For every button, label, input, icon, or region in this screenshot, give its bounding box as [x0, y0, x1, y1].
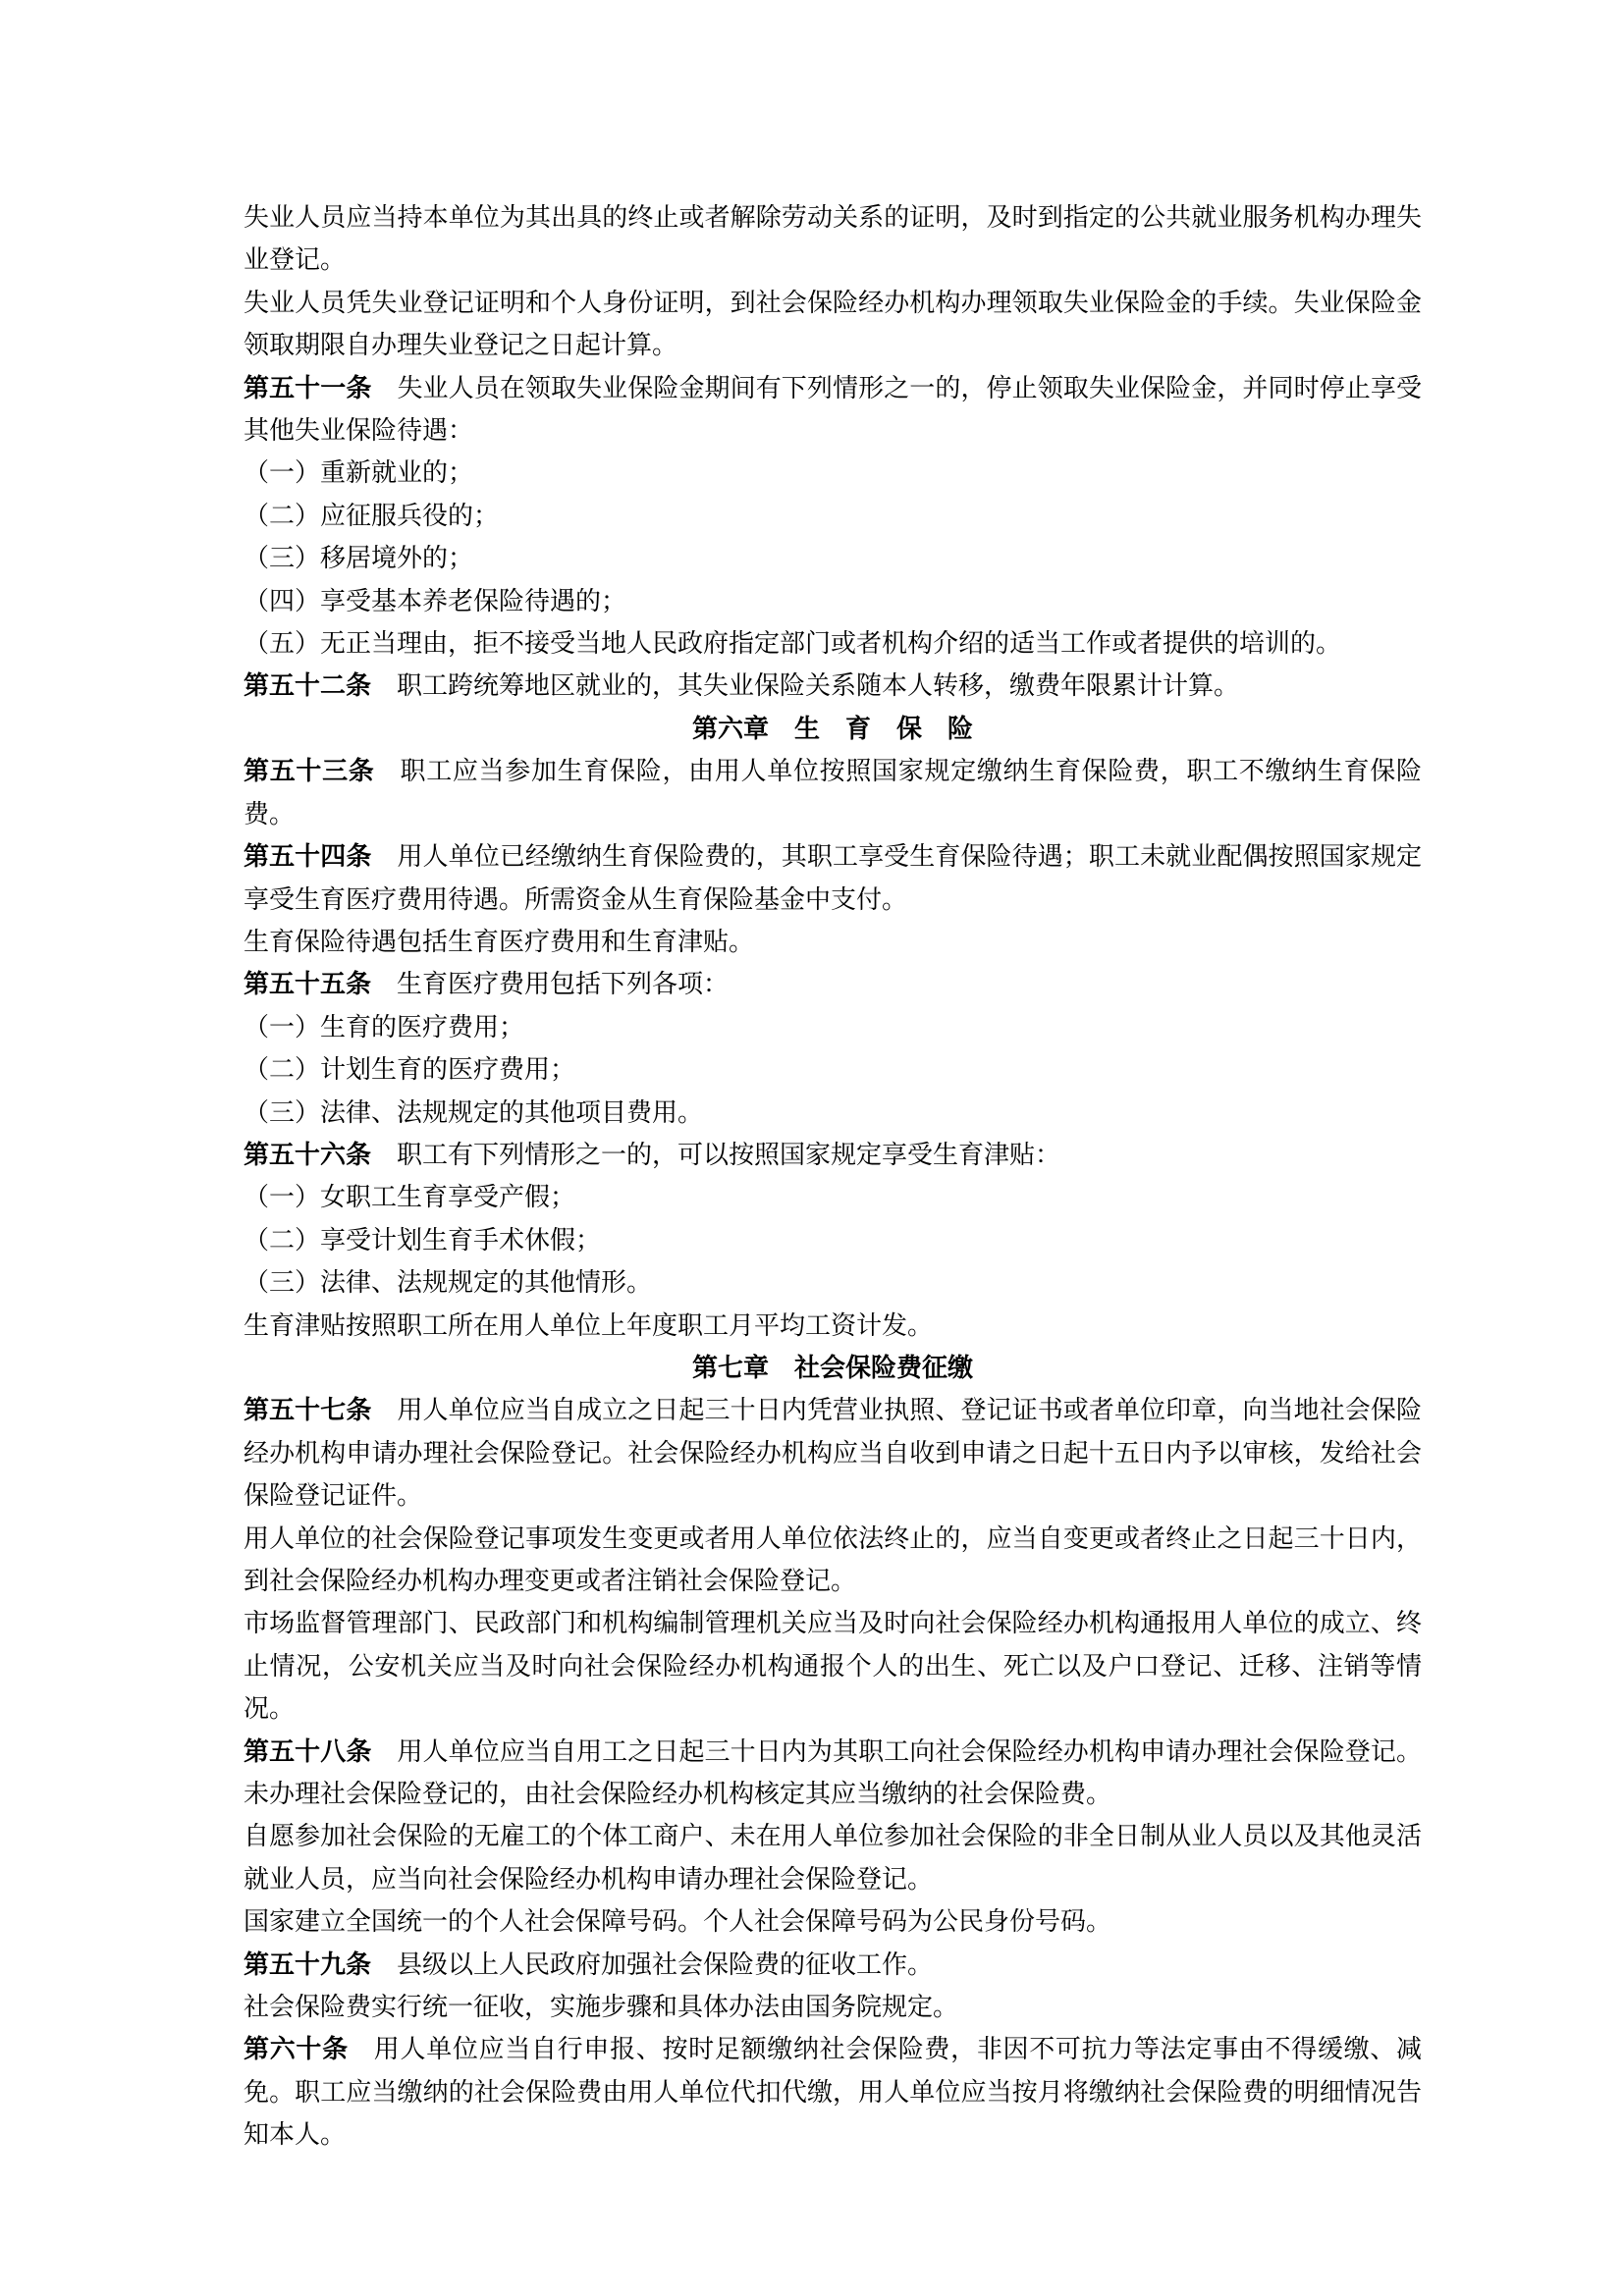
chapter-title: 生 育 保 险: [794, 715, 973, 743]
paragraph-text: 用人单位的社会保险登记事项发生变更或者用人单位依法终止的，应当自变更或者终止之日…: [244, 1524, 1422, 1595]
paragraph-text: 职工应当参加生育保险，由用人单位按照国家规定缴纳生育保险费，职工不缴纳生育保险费…: [244, 757, 1422, 828]
article-number: 第五十九条: [244, 1950, 371, 1979]
article-paragraph: 第五十九条县级以上人民政府加强社会保险费的征收工作。: [244, 1944, 1422, 1986]
paragraph-text: 失业人员凭失业登记证明和个人身份证明，到社会保险经办机构办理领取失业保险金的手续…: [244, 289, 1422, 359]
list-item: （一）生育的医疗费用；: [244, 1006, 1422, 1048]
paragraph-text: 失业人员应当持本单位为其出具的终止或者解除劳动关系的证明，及时到指定的公共就业服…: [244, 203, 1422, 274]
paragraph-text: （一）女职工生育享受产假；: [244, 1183, 575, 1211]
body-paragraph: 失业人员应当持本单位为其出具的终止或者解除劳动关系的证明，及时到指定的公共就业服…: [244, 196, 1422, 282]
body-paragraph: 生育保险待遇包括生育医疗费用和生育津贴。: [244, 921, 1422, 963]
paragraph-text: （三）法律、法规规定的其他项目费用。: [244, 1098, 703, 1127]
chapter-heading: 第六章生 育 保 险: [244, 708, 1422, 750]
body-paragraph: 失业人员凭失业登记证明和个人身份证明，到社会保险经办机构办理领取失业保险金的手续…: [244, 282, 1422, 367]
paragraph-text: 生育保险待遇包括生育医疗费用和生育津贴。: [244, 928, 754, 956]
article-paragraph: 第五十八条用人单位应当自用工之日起三十日内为其职工向社会保险经办机构申请办理社会…: [244, 1731, 1422, 1816]
paragraph-text: （二）计划生育的医疗费用；: [244, 1055, 575, 1084]
list-item: （二）应征服兵役的；: [244, 495, 1422, 537]
list-item: （三）法律、法规规定的其他项目费用。: [244, 1092, 1422, 1134]
list-item: （一）重新就业的；: [244, 452, 1422, 494]
paragraph-text: 自愿参加社会保险的无雇工的个体工商户、未在用人单位参加社会保险的非全日制从业人员…: [244, 1822, 1422, 1893]
list-item: （五）无正当理由，拒不接受当地人民政府指定部门或者机构介绍的适当工作或者提供的培…: [244, 622, 1422, 665]
paragraph-text: 职工有下列情形之一的，可以按照国家规定享受生育津贴：: [397, 1141, 1060, 1169]
paragraph-text: 生育医疗费用包括下列各项：: [397, 970, 729, 998]
body-paragraph: 市场监督管理部门、民政部门和机构编制管理机关应当及时向社会保险经办机构通报用人单…: [244, 1602, 1422, 1730]
article-paragraph: 第六十条用人单位应当自行申报、按时足额缴纳社会保险费，非因不可抗力等法定事由不得…: [244, 2028, 1422, 2156]
paragraph-text: 社会保险费实行统一征收，实施步骤和具体办法由国务院规定。: [244, 1993, 958, 2021]
paragraph-text: （三）法律、法规规定的其他情形。: [244, 1268, 652, 1297]
chapter-title: 社会保险费征缴: [794, 1354, 973, 1382]
article-number: 第六十条: [244, 2035, 349, 2063]
paragraph-text: （五）无正当理由，拒不接受当地人民政府指定部门或者机构介绍的适当工作或者提供的培…: [244, 629, 1341, 658]
article-paragraph: 第五十五条生育医疗费用包括下列各项：: [244, 963, 1422, 1005]
chapter-heading: 第七章社会保险费征缴: [244, 1347, 1422, 1389]
list-item: （四）享受基本养老保险待遇的；: [244, 580, 1422, 622]
body-paragraph: 社会保险费实行统一征收，实施步骤和具体办法由国务院规定。: [244, 1986, 1422, 2028]
article-number: 第五十七条: [244, 1396, 371, 1424]
document-page: 失业人员应当持本单位为其出具的终止或者解除劳动关系的证明，及时到指定的公共就业服…: [0, 0, 1624, 2296]
paragraph-text: 用人单位应当自成立之日起三十日内凭营业执照、登记证书或者单位印章，向当地社会保险…: [244, 1396, 1422, 1510]
paragraph-text: 用人单位应当自行申报、按时足额缴纳社会保险费，非因不可抗力等法定事由不得缓缴、减…: [244, 2035, 1422, 2149]
chapter-number: 第七章: [692, 1354, 769, 1382]
article-paragraph: 第五十七条用人单位应当自成立之日起三十日内凭营业执照、登记证书或者单位印章，向当…: [244, 1389, 1422, 1517]
paragraph-text: （一）生育的医疗费用；: [244, 1013, 524, 1041]
article-number: 第五十三条: [244, 757, 375, 785]
paragraph-text: 生育津贴按照职工所在用人单位上年度职工月平均工资计发。: [244, 1311, 933, 1340]
body-paragraph: 国家建立全国统一的个人社会保障号码。个人社会保障号码为公民身份号码。: [244, 1900, 1422, 1943]
body-paragraph: 生育津贴按照职工所在用人单位上年度职工月平均工资计发。: [244, 1305, 1422, 1347]
article-paragraph: 第五十六条职工有下列情形之一的，可以按照国家规定享受生育津贴：: [244, 1134, 1422, 1176]
article-number: 第五十一条: [244, 374, 371, 402]
paragraph-text: （一）重新就业的；: [244, 458, 473, 487]
article-number: 第五十二条: [244, 671, 371, 700]
list-item: （二）计划生育的医疗费用；: [244, 1048, 1422, 1091]
article-number: 第五十五条: [244, 970, 371, 998]
article-paragraph: 第五十二条职工跨统筹地区就业的，其失业保险关系随本人转移，缴费年限累计计算。: [244, 665, 1422, 707]
list-item: （二）享受计划生育手术休假；: [244, 1219, 1422, 1261]
list-item: （三）法律、法规规定的其他情形。: [244, 1261, 1422, 1304]
body-paragraph: 自愿参加社会保险的无雇工的个体工商户、未在用人单位参加社会保险的非全日制从业人员…: [244, 1815, 1422, 1900]
paragraph-text: （三）移居境外的；: [244, 544, 473, 572]
paragraph-text: （二）应征服兵役的；: [244, 502, 499, 530]
paragraph-text: 国家建立全国统一的个人社会保障号码。个人社会保障号码为公民身份号码。: [244, 1907, 1111, 1936]
law-text-content: 失业人员应当持本单位为其出具的终止或者解除劳动关系的证明，及时到指定的公共就业服…: [244, 196, 1422, 2157]
paragraph-text: （二）享受计划生育手术休假；: [244, 1226, 601, 1255]
law-blocks: 失业人员应当持本单位为其出具的终止或者解除劳动关系的证明，及时到指定的公共就业服…: [244, 196, 1422, 2157]
article-number: 第五十八条: [244, 1737, 371, 1766]
paragraph-text: （四）享受基本养老保险待遇的；: [244, 587, 626, 615]
article-paragraph: 第五十四条用人单位已经缴纳生育保险费的，其职工享受生育保险待遇；职工未就业配偶按…: [244, 835, 1422, 921]
paragraph-text: 用人单位已经缴纳生育保险费的，其职工享受生育保险待遇；职工未就业配偶按照国家规定…: [244, 842, 1422, 913]
paragraph-text: 失业人员在领取失业保险金期间有下列情形之一的，停止领取失业保险金，并同时停止享受…: [244, 374, 1422, 445]
paragraph-text: 市场监督管理部门、民政部门和机构编制管理机关应当及时向社会保险经办机构通报用人单…: [244, 1609, 1422, 1723]
article-number: 第五十六条: [244, 1141, 371, 1169]
chapter-number: 第六章: [692, 715, 769, 743]
list-item: （一）女职工生育享受产假；: [244, 1176, 1422, 1218]
paragraph-text: 县级以上人民政府加强社会保险费的征收工作。: [397, 1950, 933, 1979]
body-paragraph: 用人单位的社会保险登记事项发生变更或者用人单位依法终止的，应当自变更或者终止之日…: [244, 1518, 1422, 1603]
article-number: 第五十四条: [244, 842, 371, 871]
article-paragraph: 第五十三条职工应当参加生育保险，由用人单位按照国家规定缴纳生育保险费，职工不缴纳…: [244, 750, 1422, 835]
paragraph-text: 用人单位应当自用工之日起三十日内为其职工向社会保险经办机构申请办理社会保险登记。…: [244, 1737, 1422, 1808]
article-paragraph: 第五十一条失业人员在领取失业保险金期间有下列情形之一的，停止领取失业保险金，并同…: [244, 367, 1422, 453]
list-item: （三）移居境外的；: [244, 537, 1422, 579]
paragraph-text: 职工跨统筹地区就业的，其失业保险关系随本人转移，缴费年限累计计算。: [397, 671, 1239, 700]
